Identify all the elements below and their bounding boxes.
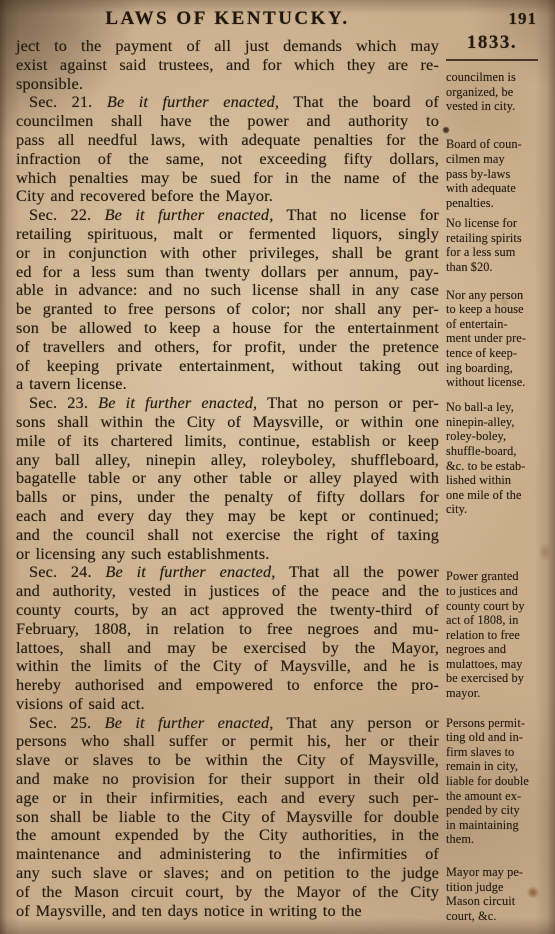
book-page: LAWS OF KENTUCKY. 191 ject to the paymen…: [0, 0, 555, 934]
note-line: them.: [446, 832, 551, 847]
note-line: ting old and in-: [446, 730, 551, 745]
note-line: the amount ex-: [446, 789, 551, 804]
margin-note: No license forretailing spiritsfor a les…: [446, 216, 551, 274]
note-line: tence of keep-: [446, 346, 551, 361]
text-line: ject to the payment of all just demands …: [16, 37, 439, 56]
margin-note: Nor any personto keep a houseof entertai…: [446, 288, 551, 390]
margin-note: Mayor may pe-tition judgeMason circuitco…: [446, 865, 551, 923]
note-line: court, &c.: [446, 909, 551, 924]
note-line: ing boarding,: [446, 361, 551, 376]
text-line: within the limits of the City of Maysvil…: [16, 657, 439, 676]
page-rows: ject to the payment of all just demands …: [16, 37, 551, 920]
year-rule: [446, 59, 538, 61]
page-title: LAWS OF KENTUCKY.: [105, 8, 349, 30]
text-line: county courts, by an act approved the tw…: [16, 601, 439, 620]
note-line: pended by city: [446, 803, 551, 818]
text-line: son be allowed to keep a house for the e…: [16, 319, 439, 338]
note-line: Persons permit-: [446, 716, 551, 731]
statute-paragraph: ject to the payment of all just demands …: [16, 37, 439, 93]
note-line: to keep a house: [446, 302, 551, 317]
note-line: vested in city.: [446, 99, 551, 114]
text-line: of keeping private entertainment, withou…: [16, 357, 439, 376]
note-line: be exercised by: [446, 671, 551, 686]
running-head-center: LAWS OF KENTUCKY.: [16, 8, 439, 30]
text-line: and authority, vested in justices of the…: [16, 582, 439, 601]
running-head: LAWS OF KENTUCKY. 191: [16, 8, 551, 30]
text-line: exist against said trustees, and for whi…: [16, 56, 439, 75]
note-line: one mile of the: [446, 488, 551, 503]
section-label: Sec. 21.: [29, 92, 92, 111]
text-line: or licensing any such establishments.: [16, 545, 439, 564]
text-line: mile of its chartered limits, continue, …: [16, 432, 439, 451]
note-line: liable for double: [446, 774, 551, 789]
text-line: persons who shall suffer or permit his, …: [16, 732, 439, 751]
text-line: Sec. 23. Be it further enacted, That no …: [16, 394, 439, 413]
note-line: Mayor may pe-: [446, 865, 551, 880]
enacting-clause: Be it further enacted,: [105, 205, 274, 224]
note-line: for a less sum: [446, 245, 551, 260]
note-line: act of 1808, in: [446, 613, 551, 628]
note-line: Mason circuit: [446, 894, 551, 909]
text-line: City and recovered before the Mayor.: [16, 187, 439, 206]
text-line: infraction of the same, not exceeding fi…: [16, 150, 439, 169]
text-line: any ball alley, ninepin alley, roleybole…: [16, 451, 439, 470]
enacting-clause: Be it further enacted,: [107, 92, 279, 111]
content-row: ject to the payment of all just demands …: [16, 37, 551, 93]
text-line: visions of said act.: [16, 695, 439, 714]
note-line: roley-boley,: [446, 429, 551, 444]
note-line: tition judge: [446, 880, 551, 895]
note-line: relation to free: [446, 628, 551, 643]
text-line: the amount expended by the City authorit…: [16, 826, 439, 845]
note-line: county court by: [446, 599, 551, 614]
text-line: Sec. 25. Be it further enacted, That any…: [16, 714, 439, 733]
note-line: retailing spirits: [446, 231, 551, 246]
text-line: Sec. 22. Be it further enacted, That no …: [16, 206, 439, 225]
text-line: bagatelle table or any other table or al…: [16, 469, 439, 488]
note-line: &c. to be estab-: [446, 459, 551, 474]
text-line: sons shall within the City of Maysville,…: [16, 413, 439, 432]
note-line: to justices and: [446, 584, 551, 599]
margin-note: councilmen isorganized, bevested in city…: [446, 70, 551, 114]
note-line: in maintaining: [446, 818, 551, 833]
text-line: Sec. 24. Be it further enacted, That all…: [16, 563, 439, 582]
note-line: lished within: [446, 473, 551, 488]
statute-paragraph: Sec. 23. Be it further enacted, That no …: [16, 394, 439, 563]
note-line: mayor.: [446, 686, 551, 701]
text-line: of travellers and others, for profit, un…: [16, 338, 439, 357]
text-line: and the council shall not exercise the r…: [16, 526, 439, 545]
note-line: remain in city,: [446, 759, 551, 774]
content-row: Sec. 25. Be it further enacted, That any…: [16, 714, 551, 921]
note-line: No ball-a ley,: [446, 400, 551, 415]
section-label: Sec. 23.: [29, 393, 88, 412]
margin-note: No ball-a ley,ninepin-alley,roley-boley,…: [446, 400, 551, 517]
note-line: Nor any person: [446, 288, 551, 303]
statute-paragraph: Sec. 22. Be it further enacted, That no …: [16, 206, 439, 394]
margin-year: 1833.: [446, 32, 538, 54]
text-line: and make no provision for their support …: [16, 770, 439, 789]
text-line: councilmen shall have the power and auth…: [16, 112, 439, 131]
text-line: son shall be liable to the City of Maysv…: [16, 808, 439, 827]
text-line: slave or slaves to be within the City of…: [16, 751, 439, 770]
note-line: pass by-laws: [446, 167, 551, 182]
text-line: any such slave or slaves; and on petitio…: [16, 864, 439, 883]
text-line: balls or pins, under the penalty of fift…: [16, 488, 439, 507]
section-label: Sec. 25.: [29, 713, 91, 732]
note-line: No license for: [446, 216, 551, 231]
text-line: lattoes, shall and may be exercised by t…: [16, 639, 439, 658]
text-line: which penalties may be sued for in the n…: [16, 169, 439, 188]
note-line: Power granted: [446, 569, 551, 584]
margin-note: Persons permit-ting old and in-firm slav…: [446, 716, 551, 847]
content-row: Sec. 22. Be it further enacted, That no …: [16, 206, 551, 394]
note-line: than $20.: [446, 260, 551, 275]
note-line: without license.: [446, 375, 551, 390]
note-line: firm slaves to: [446, 745, 551, 760]
note-line: city.: [446, 502, 551, 517]
note-line: with adequate: [446, 181, 551, 196]
text-line: be granted to free persons of color; nor…: [16, 300, 439, 319]
page-number: 191: [509, 9, 538, 28]
statute-paragraph: Sec. 25. Be it further enacted, That any…: [16, 714, 439, 921]
note-line: penalties.: [446, 196, 551, 211]
text-line: hereby authorised and empowered to enfor…: [16, 676, 439, 695]
running-head-right: 191: [439, 9, 551, 29]
note-line: ment under pre-: [446, 331, 551, 346]
text-line: each and every day they may be kept or c…: [16, 507, 439, 526]
text-line: able in advance: and no such license sha…: [16, 281, 439, 300]
note-line: negroes and: [446, 642, 551, 657]
note-line: ninepin-alley,: [446, 415, 551, 430]
text-line: retailing spirituous, malt or fermented …: [16, 225, 439, 244]
note-line: councilmen is: [446, 70, 551, 85]
note-line: Board of coun-: [446, 137, 551, 152]
statute-paragraph: Sec. 24. Be it further enacted, That all…: [16, 563, 439, 713]
text-line: of the Mason circuit court, by the Mayor…: [16, 883, 439, 902]
text-line: sponsible.: [16, 75, 439, 94]
enacting-clause: Be it further enacted,: [105, 713, 274, 732]
text-line: a tavern license.: [16, 375, 439, 394]
note-line: of entertain-: [446, 317, 551, 332]
statute-paragraph: Sec. 21. Be it further enacted, That the…: [16, 93, 439, 206]
enacting-clause: Be it further enacted,: [98, 393, 257, 412]
text-line: ed for a less sum than twenty dollars pe…: [16, 263, 439, 282]
text-line: maintenance and administering to the inf…: [16, 845, 439, 864]
content-row: Sec. 24. Be it further enacted, That all…: [16, 563, 551, 713]
text-line: February, 1808, in relation to free negr…: [16, 620, 439, 639]
text-line: pass all needful laws, with adequate pen…: [16, 131, 439, 150]
section-label: Sec. 22.: [29, 205, 91, 224]
margin-note: Board of coun-cilmen maypass by-lawswith…: [446, 137, 551, 210]
text-line: age or in their infirmities, each and ev…: [16, 789, 439, 808]
content-row: Sec. 23. Be it further enacted, That no …: [16, 394, 551, 563]
section-label: Sec. 24.: [29, 562, 92, 581]
note-line: shuffle-board,: [446, 444, 551, 459]
note-line: mulattoes, may: [446, 657, 551, 672]
text-line: of Maysville, and ten days notice in wri…: [16, 902, 439, 921]
text-line: or in conjunction with other privileges,…: [16, 244, 439, 263]
note-line: organized, be: [446, 85, 551, 100]
text-line: Sec. 21. Be it further enacted, That the…: [16, 93, 439, 112]
note-line: cilmen may: [446, 152, 551, 167]
enacting-clause: Be it further enacted,: [105, 562, 275, 581]
margin-note: Power grantedto justices andcounty court…: [446, 569, 551, 700]
